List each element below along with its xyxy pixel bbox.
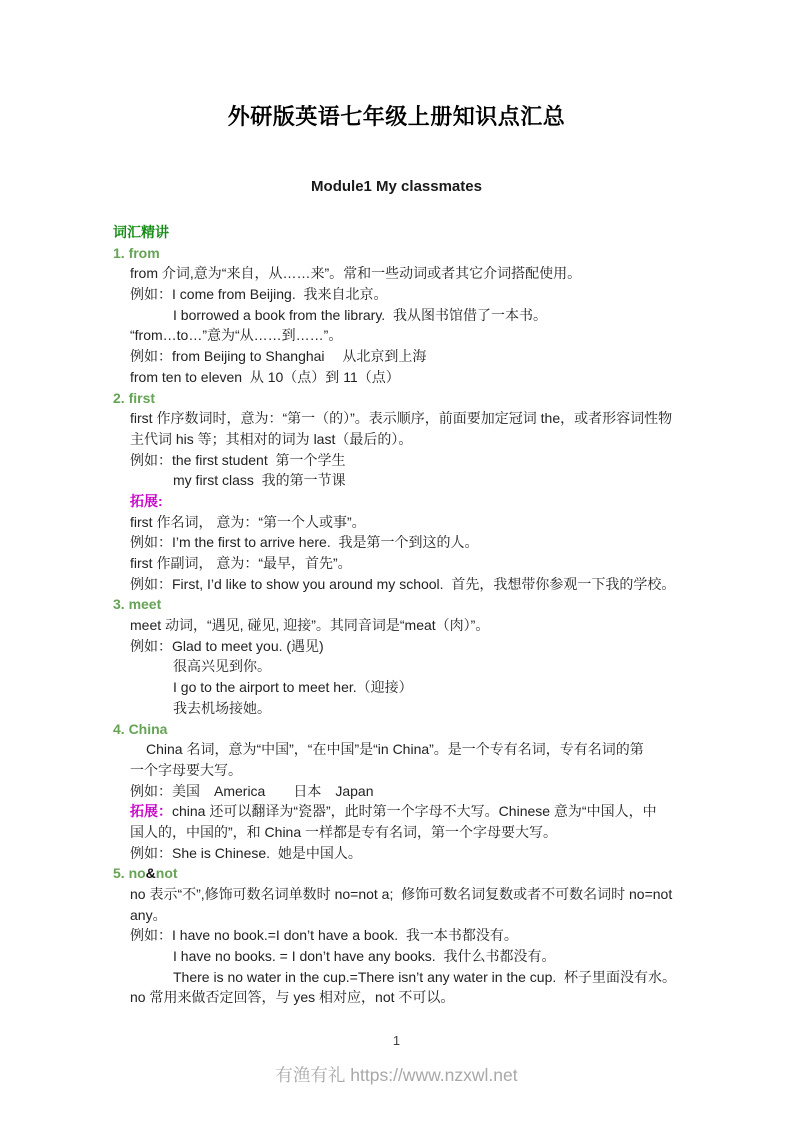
text-span: from ten to eleven 从 10（点）到 11（点） — [130, 369, 400, 385]
text-span: & — [146, 865, 156, 881]
footer-text: 有渔有礼 https://www.nzxwl.net — [0, 1062, 793, 1087]
doc-line: 主代词 his 等；其相对的词为 last（最后的）。 — [113, 429, 713, 450]
doc-line: There is no water in the cup.=There isn’… — [113, 967, 713, 988]
doc-line: first 作副词， 意为：“最早，首先”。 — [113, 553, 713, 574]
doc-line: 例如：美国 America 日本 Japan — [113, 781, 713, 802]
document-content: 词汇精讲 1. fromfrom 介词,意为“来自，从……来”。常和一些动词或者… — [113, 222, 713, 1008]
text-span: 5. no — [113, 865, 146, 881]
text-span: china 还可以翻译为“瓷器”，此时第一个字母不大写。Chinese 意为“中… — [172, 803, 657, 819]
text-span: 例如：美国 America 日本 Japan — [130, 783, 374, 799]
entry-title: 5. no&not — [113, 863, 713, 884]
doc-line: 例如：First, I’d like to show you around my… — [113, 574, 713, 595]
doc-line: 例如：I have no book.=I don’t have a book. … — [113, 925, 713, 946]
text-span: 一个字母要大写。 — [130, 762, 242, 778]
doc-line: 拓展：china 还可以翻译为“瓷器”，此时第一个字母不大写。Chinese 意… — [113, 801, 713, 822]
text-span: 例如：First, I’d like to show you around my… — [130, 576, 675, 592]
document-page: 外研版英语七年级上册知识点汇总 Module1 My classmates 词汇… — [0, 0, 793, 1122]
text-span: 国人的，中国的”，和 China 一样都是专有名词，第一个字母要大写。 — [130, 824, 557, 840]
text-span: 例如：I come from Beijing. 我来自北京。 — [130, 286, 388, 302]
doc-line: 例如：Glad to meet you. (遇见) — [113, 636, 713, 657]
doc-line: 拓展: — [113, 491, 713, 512]
doc-line: any。 — [113, 905, 713, 926]
text-span: 例如：I’m the first to arrive here. 我是第一个到这… — [130, 534, 479, 550]
doc-line: I have no books. = I don’t have any book… — [113, 946, 713, 967]
text-span: 例如：I have no book.=I don’t have a book. … — [130, 927, 518, 943]
text-span: 例如：She is Chinese. 她是中国人。 — [130, 845, 362, 861]
doc-line: first 作序数词时，意为：“第一（的）”。表示顺序，前面要加定冠词 the，… — [113, 408, 713, 429]
entry-title: 1. from — [113, 243, 713, 264]
text-span: 很高兴见到你。 — [173, 658, 271, 674]
doc-line: meet 动词，“遇见, 碰见, 迎接”。其同音词是“meat（肉）”。 — [113, 615, 713, 636]
doc-line: I go to the airport to meet her.（迎接） — [113, 677, 713, 698]
doc-line: China 名词，意为“中国”，“在中国”是“in China”。是一个专有名词… — [113, 739, 713, 760]
text-span: first 作序数词时，意为：“第一（的）”。表示顺序，前面要加定冠词 the，… — [130, 410, 672, 426]
section-heading: 词汇精讲 — [113, 222, 713, 243]
text-span: I have no books. = I don’t have any book… — [173, 948, 555, 964]
entry-title: 2. first — [113, 388, 713, 409]
text-span: 例如：Glad to meet you. (遇见) — [130, 638, 324, 654]
text-span: 拓展: — [130, 493, 163, 509]
doc-line: my first class 我的第一节课 — [113, 470, 713, 491]
text-span: 例如：from Beijing to Shanghai 从北京到上海 — [130, 348, 426, 364]
doc-line: 例如：I’m the first to arrive here. 我是第一个到这… — [113, 532, 713, 553]
doc-line: 很高兴见到你。 — [113, 656, 713, 677]
page-number: 1 — [0, 1033, 793, 1048]
text-span: first 作副词， 意为：“最早，首先”。 — [130, 555, 352, 571]
text-span: no 常用来做否定回答，与 yes 相对应，not 不可以。 — [130, 989, 454, 1005]
text-span: China 名词，意为“中国”，“在中国”是“in China”。是一个专有名词… — [146, 741, 644, 757]
doc-line: 我去机场接她。 — [113, 698, 713, 719]
text-span: my first class 我的第一节课 — [173, 472, 346, 488]
entry-title: 3. meet — [113, 594, 713, 615]
text-span: any。 — [130, 907, 167, 923]
text-span: 1. from — [113, 245, 160, 261]
doc-line: I borrowed a book from the library. 我从图书… — [113, 305, 713, 326]
text-span: meet 动词，“遇见, 碰见, 迎接”。其同音词是“meat（肉）”。 — [130, 617, 489, 633]
doc-line: 例如：She is Chinese. 她是中国人。 — [113, 843, 713, 864]
entry-title: 4. China — [113, 719, 713, 740]
doc-line: from ten to eleven 从 10（点）到 11（点） — [113, 367, 713, 388]
doc-line: first 作名词， 意为：“第一个人或事”。 — [113, 512, 713, 533]
text-span: 3. meet — [113, 596, 161, 612]
module-title: Module1 My classmates — [0, 178, 793, 195]
doc-line: 例如：I come from Beijing. 我来自北京。 — [113, 284, 713, 305]
text-span: 主代词 his 等；其相对的词为 last（最后的）。 — [130, 431, 412, 447]
text-span: I borrowed a book from the library. 我从图书… — [173, 307, 547, 323]
text-span: from 介词,意为“来自，从……来”。常和一些动词或者其它介词搭配使用。 — [130, 265, 581, 281]
doc-line: 一个字母要大写。 — [113, 760, 713, 781]
doc-line: “from…to…”意为“从……到……”。 — [113, 325, 713, 346]
doc-line: 国人的，中国的”，和 China 一样都是专有名词，第一个字母要大写。 — [113, 822, 713, 843]
text-span: There is no water in the cup.=There isn’… — [173, 969, 676, 985]
doc-line: from 介词,意为“来自，从……来”。常和一些动词或者其它介词搭配使用。 — [113, 263, 713, 284]
text-span: 我去机场接她。 — [173, 700, 271, 716]
doc-line: no 常用来做否定回答，与 yes 相对应，not 不可以。 — [113, 987, 713, 1008]
text-span: “from…to…”意为“从……到……”。 — [130, 327, 342, 343]
text-span: not — [156, 865, 178, 881]
doc-line: 例如：from Beijing to Shanghai 从北京到上海 — [113, 346, 713, 367]
doc-line: no 表示“不”,修饰可数名词单数时 no=not a; 修饰可数名词复数或者不… — [113, 884, 713, 905]
text-span: 拓展： — [130, 803, 172, 819]
document-title: 外研版英语七年级上册知识点汇总 — [0, 100, 793, 131]
text-span: I go to the airport to meet her.（迎接） — [173, 679, 413, 695]
text-span: first 作名词， 意为：“第一个人或事”。 — [130, 514, 366, 530]
text-span: 例如：the first student 第一个学生 — [130, 452, 346, 468]
doc-line: 例如：the first student 第一个学生 — [113, 450, 713, 471]
text-span: no 表示“不”,修饰可数名词单数时 no=not a; 修饰可数名词复数或者不… — [130, 886, 672, 902]
text-span: 4. China — [113, 721, 167, 737]
text-span: 2. first — [113, 390, 155, 406]
